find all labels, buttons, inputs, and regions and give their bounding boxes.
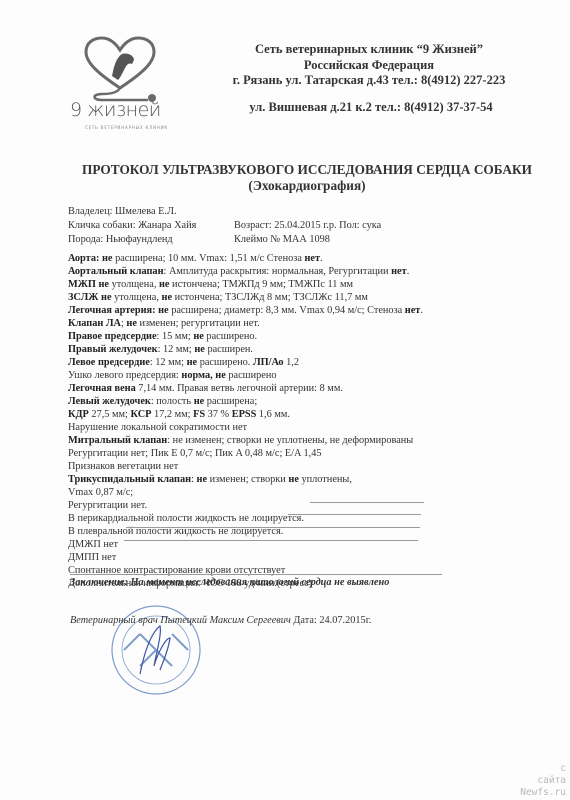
doctor-name: Ветеринарный врач Пытецкий Максим Сергее… [70,615,291,626]
finding-line: МЖП не утолщена, не истончена; ТМЖПд 9 м… [68,278,423,291]
watermark-line: с [560,763,566,774]
finding-line: Правый желудочек: 12 мм; не расширен. [68,343,423,356]
finding-line: Легочная артерия: не расширена; диаметр:… [68,304,423,317]
divider-line [70,574,442,575]
finding-line: КДР 27,5 мм; КСР 17,2 мм; FS 37 % EPSS 1… [68,408,423,421]
watermark-line: сайта [537,775,566,786]
finding-line: Левый желудочек: полость не расширена; [68,395,423,408]
blank-line [310,502,424,503]
finding-line: Правое предсердие: 15 мм; не расширено. [68,330,423,343]
finding-line: ЗСЛЖ не утолщена, не истончена; ТЗСЛЖд 8… [68,291,423,304]
finding-line: Vmax 0,87 м/с; [68,486,423,499]
watermark-line: Newfs.ru [520,787,566,798]
finding-line: Клапан ЛА; не изменен; регургитации нет. [68,317,423,330]
heart-stethoscope-icon [62,36,180,106]
clinic-country: Российская Федерация [224,58,514,73]
signature-line: Ветеринарный врач Пытецкий Максим Сергее… [70,614,371,627]
page-title: ПРОТОКОЛ УЛЬТРАЗВУКОВОГО ИССЛЕДОВАНИЯ СЕ… [22,162,570,178]
pet-name-field: Кличка собаки: Жанара Хайя [68,219,196,232]
finding-line: Трикуспидальный клапан: не изменен; ство… [68,473,423,486]
logo-name: 9 жизней [70,99,161,121]
finding-line: Аорта: не расширена; 10 мм. Vmax: 1,51 м… [68,252,423,265]
clinic-network-name: Сеть ветеринарных клиник “9 Жизней” [224,42,514,57]
finding-line: Легочная вена 7,14 мм. Правая ветвь лего… [68,382,423,395]
owner-field: Владелец: Шмелева Е.Л. [68,205,177,218]
clinic-logo: 9 жизней сеть ветеринарных клиник [62,36,180,136]
finding-line: Аортальный клапан: Амплитуда раскрытия: … [68,265,423,278]
clinic-address-2: ул. Вишневая д.21 к.2 тел.: 8(4912) 37-3… [226,100,516,115]
age-sex-field: Возраст: 25.04.2015 г.р. Пол: сука [234,219,381,232]
page-subtitle: (Эхокардиография) [22,178,570,194]
logo-subtitle: сеть ветеринарных клиник [85,125,168,130]
finding-line: Ушко левого предсердия: норма, не расшир… [68,369,423,382]
finding-line: Митральный клапан: не изменен; створки н… [68,434,423,447]
finding-line: Регургитации нет; Пик E 0,7 м/с; Пик A 0… [68,447,423,460]
conclusion: Заключение: На момент исследования патол… [70,576,389,589]
breed-field: Порода: Ньюфаундленд [68,233,173,246]
blank-line [126,527,420,528]
finding-line: Регургитации нет. [68,499,423,512]
blank-line [288,514,421,515]
finding-line: Признаков вегетации нет [68,460,423,473]
clinic-address-1: г. Рязань ул. Татарская д.43 тел.: 8(491… [224,73,514,88]
finding-line: Нарушение локальной сократимости нет [68,421,423,434]
finding-line: Левое предсердие: 12 мм; не расширено. Л… [68,356,423,369]
signature-date: Дата: 24.07.2015г. [293,615,371,626]
brand-field: Клеймо № МАА 1098 [234,233,330,246]
finding-line: ДМПП нет [68,551,423,564]
blank-line [124,540,418,541]
